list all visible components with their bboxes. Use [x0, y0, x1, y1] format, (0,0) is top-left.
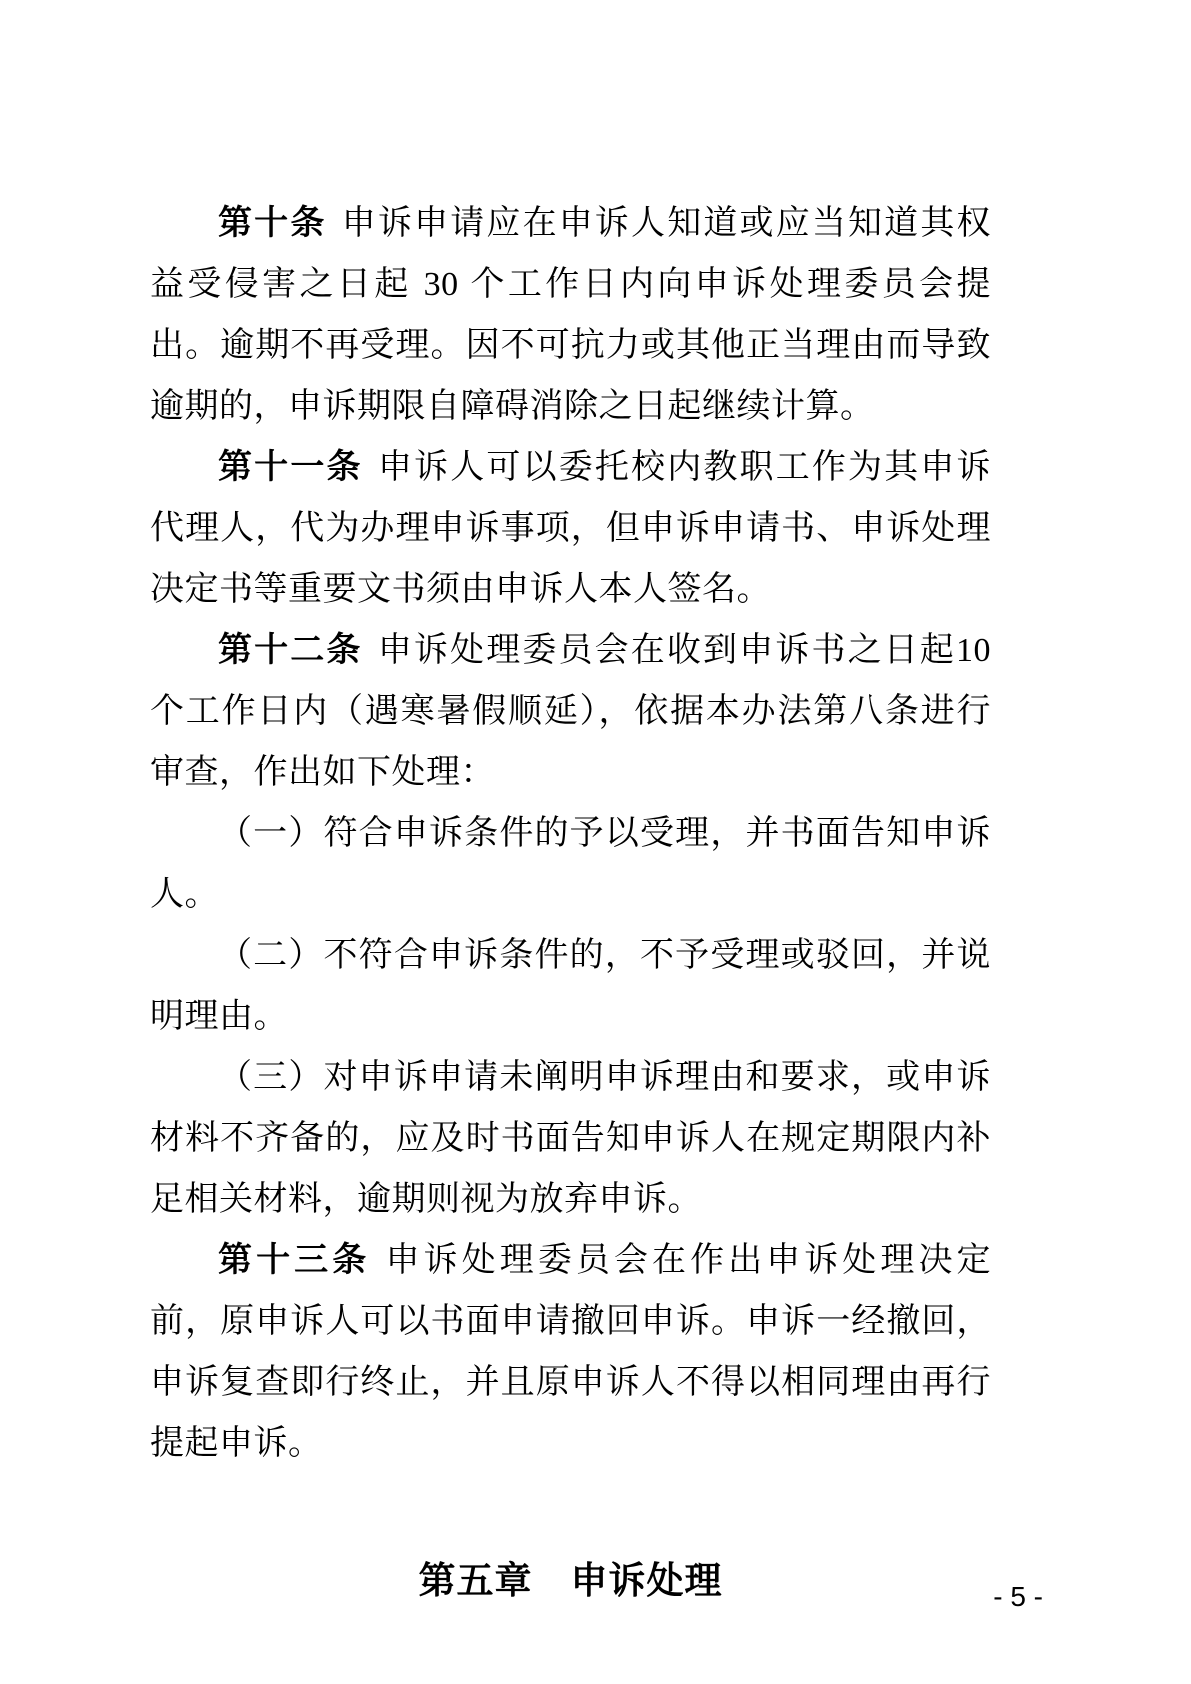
paragraph-item-1: （一）符合申诉条件的予以受理，并书面告知申诉人。 — [150, 803, 991, 925]
paragraph-article-11: 第十一条申诉人可以委托校内教职工作为其申诉代理人，代为办理申诉事项，但申诉申请书… — [150, 437, 991, 620]
article-13-number: 第十三条 — [218, 1242, 370, 1279]
item-2-text: （二）不符合申诉条件的，不予受理或驳回，并说明理由。 — [150, 937, 991, 1035]
page-number: - 5 - — [993, 1580, 1043, 1614]
paragraph-article-10: 第十条申诉申请应在申诉人知道或应当知道其权益受侵害之日起 30 个工作日内向申诉… — [150, 193, 991, 437]
article-12-number: 第十二条 — [218, 632, 363, 669]
paragraph-item-2: （二）不符合申诉条件的，不予受理或驳回，并说明理由。 — [150, 925, 991, 1047]
paragraph-article-13: 第十三条申诉处理委员会在作出申诉处理决定前，原申诉人可以书面申请撤回申诉。申诉一… — [150, 1230, 991, 1474]
chapter-heading: 第五章 申诉处理 — [150, 1556, 991, 1606]
item-1-text: （一）符合申诉条件的予以受理，并书面告知申诉人。 — [150, 815, 991, 913]
paragraph-item-3: （三）对申诉申请未阐明申诉理由和要求，或申诉材料不齐备的，应及时书面告知申诉人在… — [150, 1047, 991, 1230]
document-page: 第十条申诉申请应在申诉人知道或应当知道其权益受侵害之日起 30 个工作日内向申诉… — [0, 0, 1191, 1684]
paragraph-article-12: 第十二条申诉处理委员会在收到申诉书之日起10个工作日内（遇寒暑假顺延），依据本办… — [150, 620, 991, 803]
document-body: 第十条申诉申请应在申诉人知道或应当知道其权益受侵害之日起 30 个工作日内向申诉… — [150, 193, 991, 1606]
article-11-number: 第十一条 — [218, 449, 363, 486]
item-3-text: （三）对申诉申请未阐明申诉理由和要求，或申诉材料不齐备的，应及时书面告知申诉人在… — [150, 1059, 991, 1218]
article-10-number: 第十条 — [218, 205, 326, 242]
